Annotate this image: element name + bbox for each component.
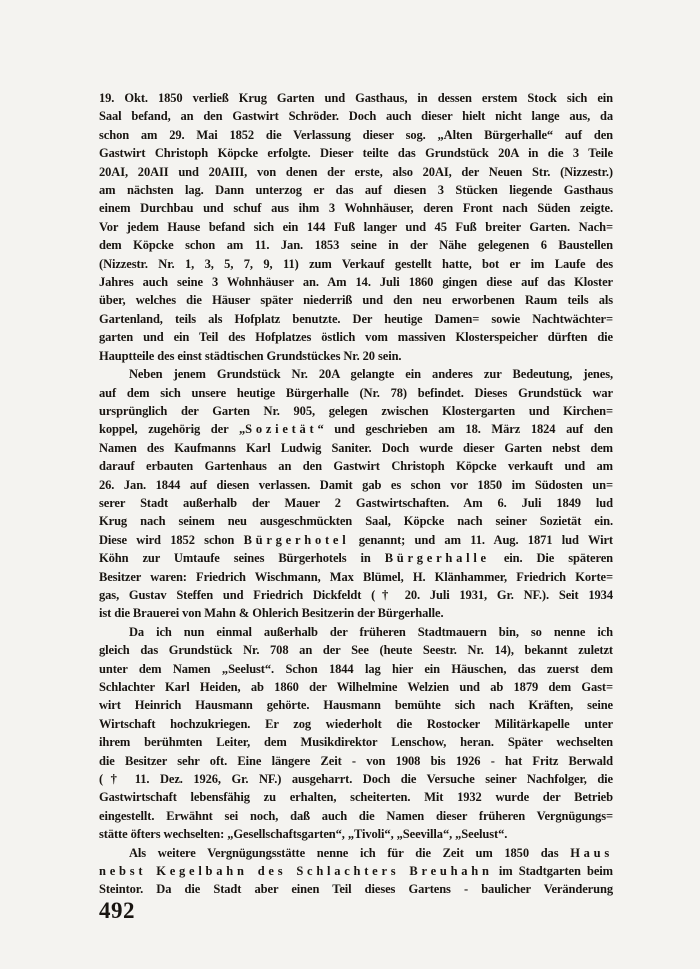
text-segment: 26. Jan. 1844 auf diesen verlassen. Dami…	[99, 478, 613, 492]
text-segment: Namen des Kaufmanns Karl Ludwig Saniter.…	[99, 441, 613, 455]
text-segment: einem Durchbau und schuf aus ihm 3 Wohnh…	[99, 201, 613, 215]
text-segment: dem Köpcke schon am 11. Jan. 1853 seine …	[99, 238, 613, 252]
text-segment: Köhn zur Umtaufe seines Bürgerhotels in	[99, 551, 385, 565]
text-line: nebst Kegelbahn des Schlachters Breuhahn…	[99, 862, 613, 880]
text-line: wirt Heinrich Hausmann gehörte. Hausmann…	[99, 696, 613, 714]
text-segment: gleich das Grundstück Nr. 708 an der See…	[99, 643, 613, 657]
text-line: Schlachter Karl Heiden, ab 1860 der Wilh…	[99, 678, 613, 696]
text-line: Steintor. Da die Stadt aber einen Teil d…	[99, 880, 613, 898]
text-segment: die Besitzer sehr oft. Eine längere Zeit…	[99, 754, 613, 768]
text-line: Besitzer waren: Friedrich Wischmann, Max…	[99, 568, 613, 586]
text-segment: wirt Heinrich Hausmann gehörte. Hausmann…	[99, 698, 613, 712]
text-line: darauf erbauten Gartenhaus an den Gastwi…	[99, 457, 613, 475]
text-line: Köhn zur Umtaufe seines Bürgerhotels in …	[99, 549, 613, 567]
text-line: koppel, zugehörig der „Sozietät“ und ges…	[99, 420, 613, 438]
text-segment: stätte öfters wechselten: „Gesellschafts…	[99, 827, 507, 841]
text-line: unter dem Namen „Seelust“. Schon 1844 la…	[99, 660, 613, 678]
text-segment: Da ich nun einmal außerhalb der früheren…	[129, 625, 613, 639]
text-segment: Schlachter Karl Heiden, ab 1860 der Wilh…	[99, 680, 613, 694]
text-segment: Hauptteile des einst städtischen Grundst…	[99, 349, 401, 363]
text-line: garten und ein Teil des Hofplatzes östli…	[99, 328, 613, 346]
text-line: 19. Okt. 1850 verließ Krug Garten und Ga…	[99, 89, 613, 107]
text-segment: Vor jedem Hause befand sich ein 144 Fuß …	[99, 220, 613, 234]
book-page: 19. Okt. 1850 verließ Krug Garten und Ga…	[0, 0, 700, 969]
text-line: Neben jenem Grundstück Nr. 20A gelangte …	[99, 365, 613, 383]
text-segment: Diese wird 1852 schon	[99, 533, 244, 547]
text-line: Diese wird 1852 schon Bürgerhotel genann…	[99, 531, 613, 549]
text-segment: über, welches die Häuser später niederri…	[99, 293, 613, 307]
text-segment: Jahres auch seine 3 Wohnhäuser an. Am 14…	[99, 275, 613, 289]
text-line: ihrem berühmten Leiter, dem Musikdirekto…	[99, 733, 613, 751]
text-line: die Besitzer sehr oft. Eine längere Zeit…	[99, 752, 613, 770]
text-segment: gas, Gustav Steffen und Friedrich Dickfe…	[99, 588, 613, 602]
text-segment: ist die Brauerei von Mahn & Ohlerich Bes…	[99, 606, 444, 620]
text-segment: Steintor. Da die Stadt aber einen Teil d…	[99, 882, 613, 896]
text-line: Namen des Kaufmanns Karl Ludwig Saniter.…	[99, 439, 613, 457]
letterspaced-text: Haus	[570, 846, 613, 860]
text-segment: 20AI, 20AII und 20AIII, von denen der er…	[99, 165, 613, 179]
page-number: 492	[99, 898, 135, 924]
text-segment: garten und ein Teil des Hofplatzes östli…	[99, 330, 613, 344]
paragraph: 19. Okt. 1850 verließ Krug Garten und Ga…	[99, 89, 613, 365]
text-line: Gastwirtschaft lebensfähig zu erhalten, …	[99, 788, 613, 806]
text-line: Gartenland, teils als Hofplatz benutzte.…	[99, 310, 613, 328]
text-segment: ihrem berühmten Leiter, dem Musikdirekto…	[99, 735, 613, 749]
paragraph: Neben jenem Grundstück Nr. 20A gelangte …	[99, 365, 613, 623]
text-segment: Krug nach seinem neu ausgeschmückten Saa…	[99, 514, 613, 528]
paragraph: Da ich nun einmal außerhalb der früheren…	[99, 623, 613, 844]
text-line: dem Köpcke schon am 11. Jan. 1853 seine …	[99, 236, 613, 254]
text-line: über, welches die Häuser später niederri…	[99, 291, 613, 309]
text-segment: (Nizzestr. Nr. 1, 3, 5, 7, 9, 11) zum Ve…	[99, 257, 613, 271]
text-segment: auf dem sich unsere heutige Bürgerhalle …	[99, 386, 613, 400]
text-line: Vor jedem Hause befand sich ein 144 Fuß …	[99, 218, 613, 236]
text-line: auf dem sich unsere heutige Bürgerhalle …	[99, 384, 613, 402]
text-line: Da ich nun einmal außerhalb der früheren…	[99, 623, 613, 641]
text-line: eingestellt. Erwähnt sei noch, daß auch …	[99, 807, 613, 825]
text-segment: koppel, zugehörig der „	[99, 422, 245, 436]
text-segment: Gartenland, teils als Hofplatz benutzte.…	[99, 312, 613, 326]
text-line: serer Stadt außerhalb der Mauer 2 Gastwi…	[99, 494, 613, 512]
text-segment: ursprünglich der Garten Nr. 905, gelegen…	[99, 404, 613, 418]
text-segment: im Stadtgarten beim	[493, 864, 613, 878]
text-segment: darauf erbauten Gartenhaus an den Gastwi…	[99, 459, 613, 473]
text-line: stätte öfters wechselten: „Gesellschafts…	[99, 825, 613, 843]
text-line: gleich das Grundstück Nr. 708 an der See…	[99, 641, 613, 659]
text-line: Saal befand, an den Gastwirt Schröder. D…	[99, 107, 613, 125]
text-line: ist die Brauerei von Mahn & Ohlerich Bes…	[99, 604, 613, 622]
text-line: Jahres auch seine 3 Wohnhäuser an. Am 14…	[99, 273, 613, 291]
text-segment: Saal befand, an den Gastwirt Schröder. D…	[99, 109, 613, 123]
text-line: Als weitere Vergnügungsstätte nenne ich …	[99, 844, 613, 862]
text-segment: “ und geschrieben am 18. März 1824 auf d…	[317, 422, 613, 436]
letterspaced-text: Bürgerhotel	[244, 533, 350, 547]
text-segment: († 11. Dez. 1926, Gr. NF.) ausgeharrt. D…	[99, 772, 613, 786]
text-line: ursprünglich der Garten Nr. 905, gelegen…	[99, 402, 613, 420]
text-segment: unter dem Namen „Seelust“. Schon 1844 la…	[99, 662, 613, 676]
text-segment: Gastwirt Christoph Köpcke erfolgte. Dies…	[99, 146, 613, 160]
text-line: einem Durchbau und schuf aus ihm 3 Wohnh…	[99, 199, 613, 217]
text-segment: eingestellt. Erwähnt sei noch, daß auch …	[99, 809, 613, 823]
text-line: Gastwirt Christoph Köpcke erfolgte. Dies…	[99, 144, 613, 162]
text-segment: am nächsten lag. Dann unterzog er das au…	[99, 183, 613, 197]
letterspaced-text: nebst Kegelbahn des Schlachters Breuhahn	[99, 864, 493, 878]
text-line: Krug nach seinem neu ausgeschmückten Saa…	[99, 512, 613, 530]
paragraph: Als weitere Vergnügungsstätte nenne ich …	[99, 844, 613, 899]
text-line: († 11. Dez. 1926, Gr. NF.) ausgeharrt. D…	[99, 770, 613, 788]
text-segment: Besitzer waren: Friedrich Wischmann, Max…	[99, 570, 613, 584]
text-segment: Wirtschaft hochzukriegen. Er zog wiederh…	[99, 717, 613, 731]
text-line: (Nizzestr. Nr. 1, 3, 5, 7, 9, 11) zum Ve…	[99, 255, 613, 273]
text-line: Wirtschaft hochzukriegen. Er zog wiederh…	[99, 715, 613, 733]
text-line: 20AI, 20AII und 20AIII, von denen der er…	[99, 163, 613, 181]
text-line: schon am 29. Mai 1852 die Verlassung die…	[99, 126, 613, 144]
text-segment: genannt; und am 11. Aug. 1871 lud Wirt	[349, 533, 613, 547]
text-segment: Gastwirtschaft lebensfähig zu erhalten, …	[99, 790, 613, 804]
page-text: 19. Okt. 1850 verließ Krug Garten und Ga…	[99, 89, 613, 899]
text-segment: Neben jenem Grundstück Nr. 20A gelangte …	[129, 367, 613, 381]
text-line: 26. Jan. 1844 auf diesen verlassen. Dami…	[99, 476, 613, 494]
text-segment: ein. Die späteren	[490, 551, 613, 565]
text-segment: Als weitere Vergnügungsstätte nenne ich …	[129, 846, 570, 860]
text-segment: 19. Okt. 1850 verließ Krug Garten und Ga…	[99, 91, 613, 105]
letterspaced-text: Sozietät	[245, 422, 317, 436]
text-line: gas, Gustav Steffen und Friedrich Dickfe…	[99, 586, 613, 604]
text-line: am nächsten lag. Dann unterzog er das au…	[99, 181, 613, 199]
text-segment: schon am 29. Mai 1852 die Verlassung die…	[99, 128, 613, 142]
text-segment: serer Stadt außerhalb der Mauer 2 Gastwi…	[99, 496, 613, 510]
letterspaced-text: Bürgerhalle	[385, 551, 490, 565]
text-line: Hauptteile des einst städtischen Grundst…	[99, 347, 613, 365]
